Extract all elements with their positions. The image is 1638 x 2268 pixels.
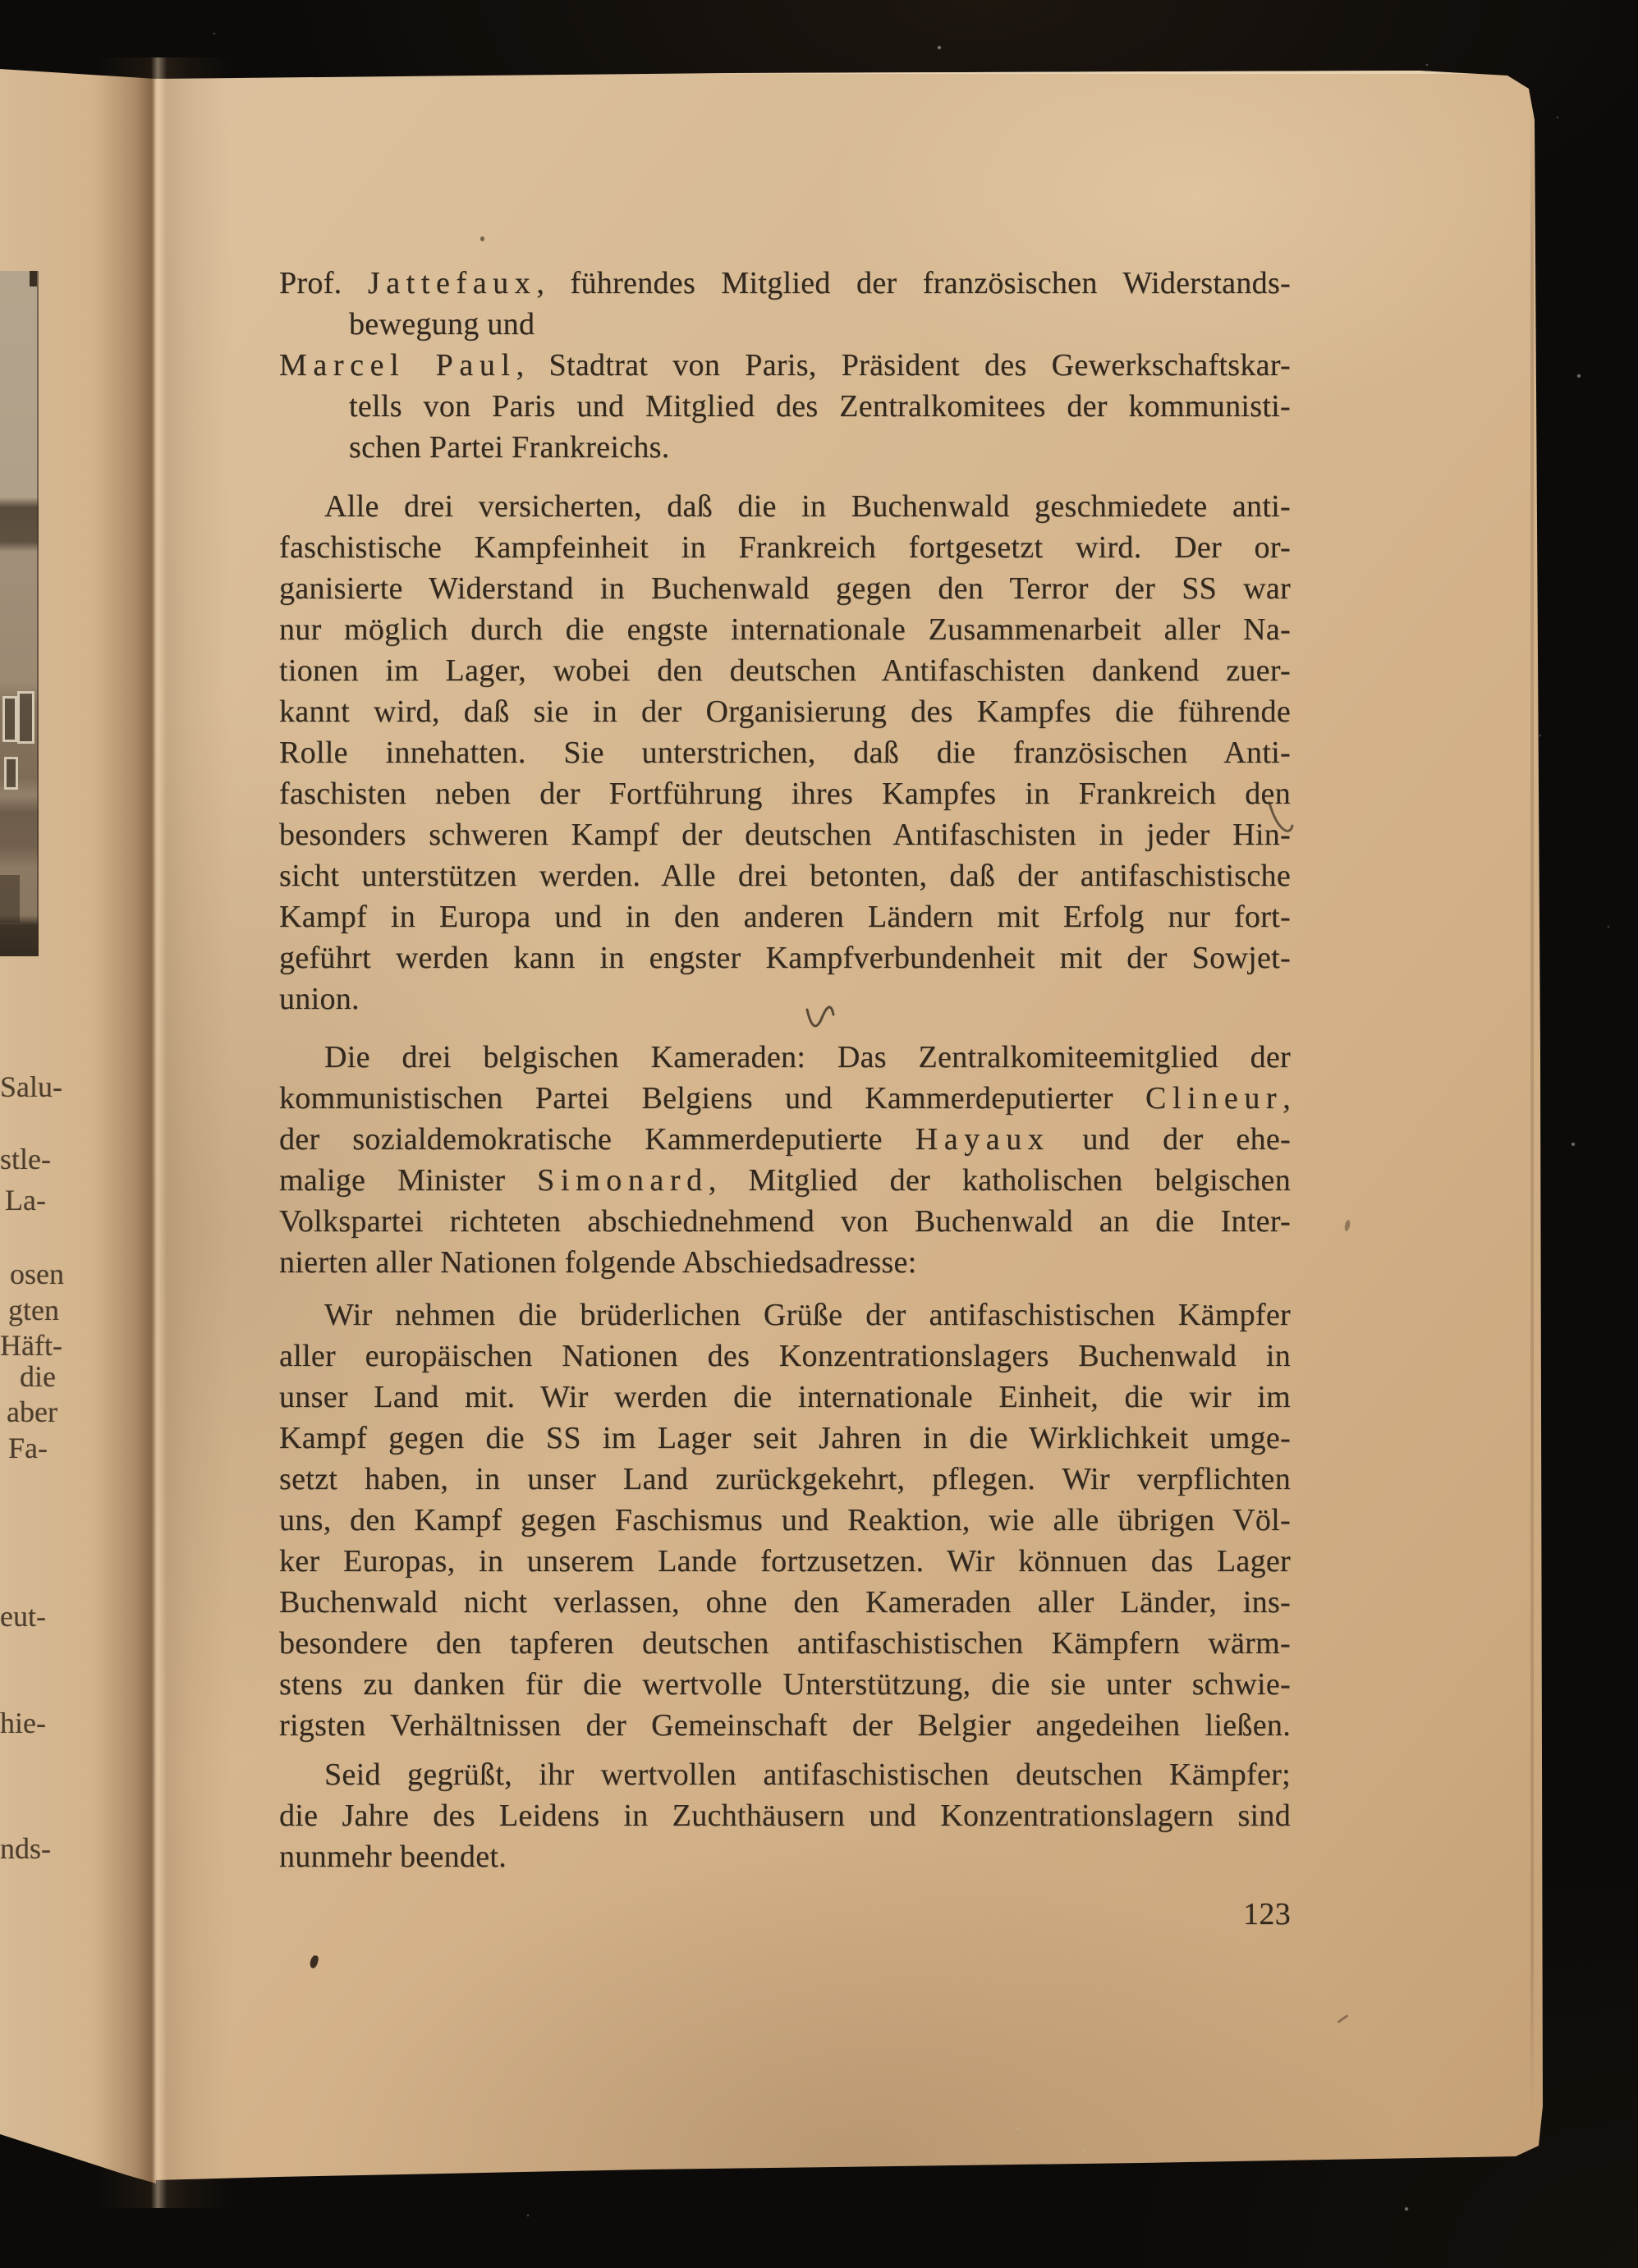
photo-corner-mark [30, 271, 37, 286]
text-line: kannt wird, daß sie in der Organisierung… [279, 691, 1291, 732]
text-line: ker Europas, in unserem Lande fortzusetz… [279, 1541, 1291, 1582]
text-line: besondere den tapferen deutschen antifas… [279, 1623, 1291, 1664]
text-line: nur möglich durch die engste internation… [279, 609, 1291, 650]
text-line: aller europäischen Nationen des Konzentr… [279, 1336, 1291, 1377]
left-page-fragment: osen [0, 1256, 64, 1292]
text-line: Kampf gegen die SS im Lager seit Jahren … [279, 1418, 1291, 1459]
text-line: rigsten Verhältnissen der Gemeinschaft d… [279, 1705, 1291, 1746]
photo-fragment [0, 271, 39, 956]
text-segment: , Stadtrat von Paris, Präsident des Gewe… [516, 348, 1291, 383]
text-line: geführt werden kann in engster Kampfverb… [279, 937, 1291, 978]
facing-page-sliver: Salu- stle- La- osen gten Häft- die aber… [0, 69, 156, 2183]
person-name: Hayaux [915, 1122, 1050, 1157]
left-page-fragment: gten [0, 1292, 59, 1328]
text-line: Rolle innehatten. Sie unterstrichen, daß… [279, 732, 1291, 773]
text-line: faschisten neben der Fortführung ihres K… [279, 773, 1291, 814]
text-line: Buchenwald nicht verlassen, ohne den Kam… [279, 1582, 1291, 1623]
text-line: nierten aller Nationen folgende Abschied… [279, 1242, 1291, 1283]
left-page-fragment: stle- [0, 1141, 41, 1177]
text-line: unser Land mit. Wir werden die internati… [279, 1377, 1291, 1418]
text-line: Kampf in Europa und in den anderen Lände… [279, 896, 1291, 937]
text-line: tionen im Lager, wobei den deutschen Ant… [279, 650, 1291, 691]
text-line: ganisierte Widerstand in Buchenwald gege… [279, 568, 1291, 609]
book-scan-viewport: Salu- stle- La- osen gten Häft- die aber… [0, 0, 1638, 2268]
text-line: Volkspartei richteten abschiednehmend vo… [279, 1201, 1291, 1242]
text-line: bewegung und [279, 304, 1291, 345]
text-line: der sozialdemokratische Kammerdeputierte… [279, 1119, 1291, 1160]
left-page-fragment: aber [0, 1394, 57, 1430]
dust-specks [0, 0, 2, 2]
paragraph-belgian-comrades: Die drei belgischen Kameraden: Das Zentr… [279, 1037, 1291, 1283]
page-edge-shadow [1530, 95, 1534, 2123]
page-edge-highlight [647, 71, 1517, 74]
paragraph-farewell-address: Wir nehmen die brüderlichen Grüße der an… [279, 1294, 1291, 1746]
left-page-fragment: Fa- [0, 1430, 48, 1466]
text-line: uns, den Kampf gegen Faschismus und Reak… [279, 1500, 1291, 1541]
building-window [2, 696, 17, 742]
text-segment: kommunistischen Partei Belgiens und Kamm… [279, 1081, 1145, 1116]
left-page-fragment: Salu- [0, 1069, 51, 1105]
paragraph-resistance: Alle drei versicherten, daß die in Buche… [279, 486, 1291, 1019]
text-segment: , [1282, 1081, 1291, 1116]
text-line: Alle drei versicherten, daß die in Buche… [279, 486, 1291, 527]
building-window [17, 691, 34, 744]
text-line: Seid gegrüßt, ihr wertvollen antifaschis… [279, 1754, 1291, 1795]
text-line: Prof. Jattefaux, führendes Mitglied der … [279, 263, 1291, 304]
text-line: nunmehr beendet. [279, 1836, 1291, 1877]
text-segment: , führendes Mitglied der französischen W… [536, 266, 1291, 300]
text-segment: , Mitglied der katholischen belgischen [709, 1163, 1291, 1198]
left-page-fragment: La- [0, 1182, 46, 1218]
text-segment: und der ehe- [1049, 1122, 1291, 1157]
text-line: die Jahre des Leidens in Zuchthäusern un… [279, 1795, 1291, 1836]
person-name: Jattefaux [368, 266, 537, 300]
text-line: stens zu danken für die wertvolle Unters… [279, 1664, 1291, 1705]
speaker-list-paragraph: Prof. Jattefaux, führendes Mitglied der … [279, 263, 1291, 468]
left-page-fragment: die [0, 1359, 56, 1395]
person-name: Marcel Paul [279, 348, 516, 383]
text-segment: malige Minister [279, 1163, 537, 1198]
person-name: Clineur [1145, 1081, 1282, 1116]
paragraph-greeting: Seid gegrüßt, ihr wertvollen antifaschis… [279, 1754, 1291, 1877]
text-line: Wir nehmen die brüderlichen Grüße der an… [279, 1294, 1291, 1336]
text-line: tells von Paris und Mitglied des Zentral… [279, 386, 1291, 427]
text-segment: der sozialdemokratische Kammerdeputierte [279, 1122, 915, 1157]
text-line: setzt haben, in unser Land zurückgekehrt… [279, 1459, 1291, 1500]
text-line: sicht unterstützen werden. Alle drei bet… [279, 855, 1291, 896]
photo-shadow [0, 875, 20, 923]
text-line: Marcel Paul, Stadtrat von Paris, Präside… [279, 345, 1291, 386]
text-line: union. [279, 978, 1291, 1019]
text-line: malige Minister Simonard, Mitglied der k… [279, 1160, 1291, 1201]
left-page-fragment: eut- [0, 1598, 46, 1634]
person-name: Simonard [537, 1163, 709, 1198]
building-window [4, 757, 18, 790]
left-page-fragment: nds- [0, 1830, 46, 1867]
text-line: Die drei belgischen Kameraden: Das Zentr… [279, 1037, 1291, 1078]
text-line: kommunistischen Partei Belgiens und Kamm… [279, 1078, 1291, 1119]
text-line: schen Partei Frankreichs. [279, 427, 1291, 468]
left-page-fragment: hie- [0, 1705, 41, 1741]
page-text: Prof. Jattefaux, führendes Mitglied der … [279, 263, 1291, 1935]
text-line: faschistische Kampfeinheit in Frankreich… [279, 527, 1291, 568]
text-segment: Prof. [279, 266, 368, 300]
page-number: 123 [279, 1894, 1291, 1935]
text-line: besonders schweren Kampf der deutschen A… [279, 814, 1291, 855]
